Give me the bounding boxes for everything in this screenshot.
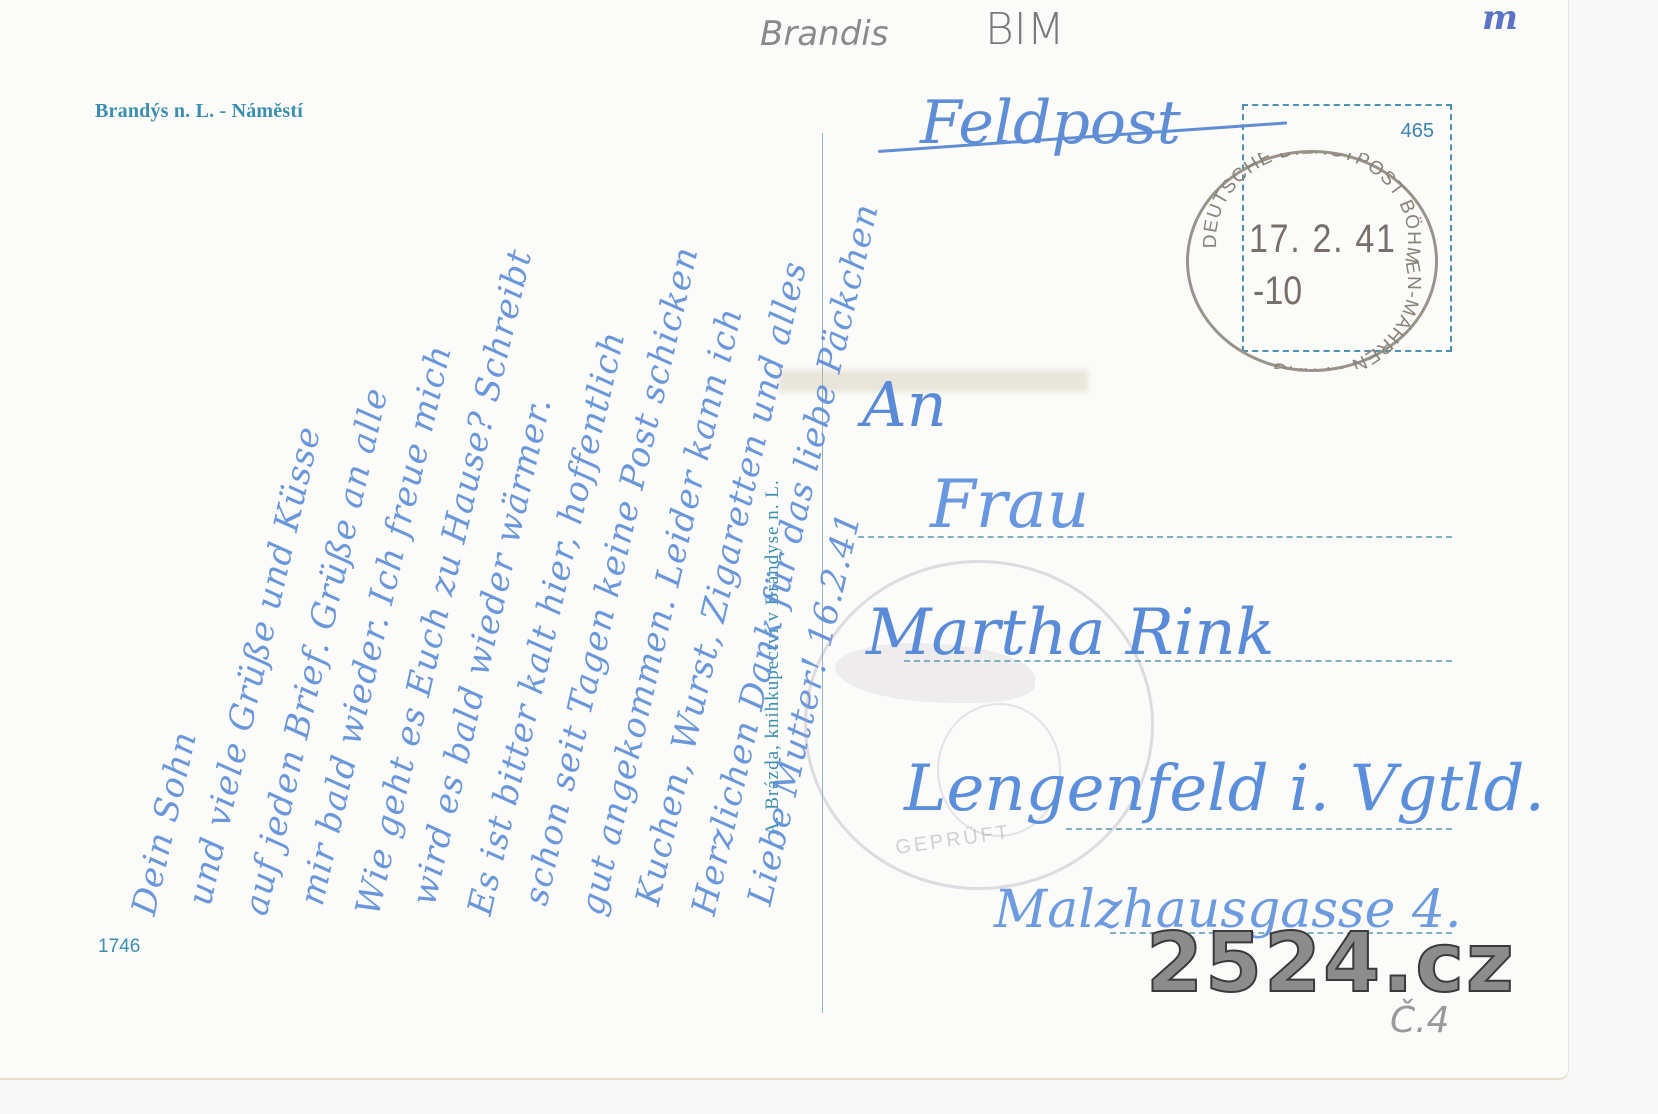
postmark-date: 17. 2. 41 — [1249, 217, 1397, 262]
address-line-1 — [858, 536, 1452, 538]
address-line-2 — [904, 660, 1452, 662]
watermark: 2524.cz — [1146, 916, 1516, 1011]
postmark: DEUTSCHE DIENSTPOST BÖHMEN-MÄHREN · PRAG… — [1186, 150, 1438, 372]
feldpost-heading: Feldpost — [920, 88, 1181, 158]
card-number: 1746 — [98, 936, 140, 958]
corner-mark: m — [1482, 0, 1518, 38]
address-town: Lengenfeld i. Vgtld. — [904, 752, 1545, 826]
pencil-note-place: Brandis — [760, 14, 888, 54]
address-name: Martha Rink — [866, 596, 1274, 670]
address-salutation: An — [862, 368, 947, 441]
address-line-3 — [1066, 828, 1452, 830]
postmark-time: -10 — [1253, 269, 1302, 314]
stamp-box-number: 465 — [1401, 120, 1434, 143]
address-title: Frau — [930, 466, 1089, 543]
censor-label: GEPRÜFT — [894, 821, 1013, 860]
pencil-note-code: BIM — [985, 4, 1065, 55]
printed-caption: Brandýs n. L. - Náměstí — [95, 100, 303, 123]
